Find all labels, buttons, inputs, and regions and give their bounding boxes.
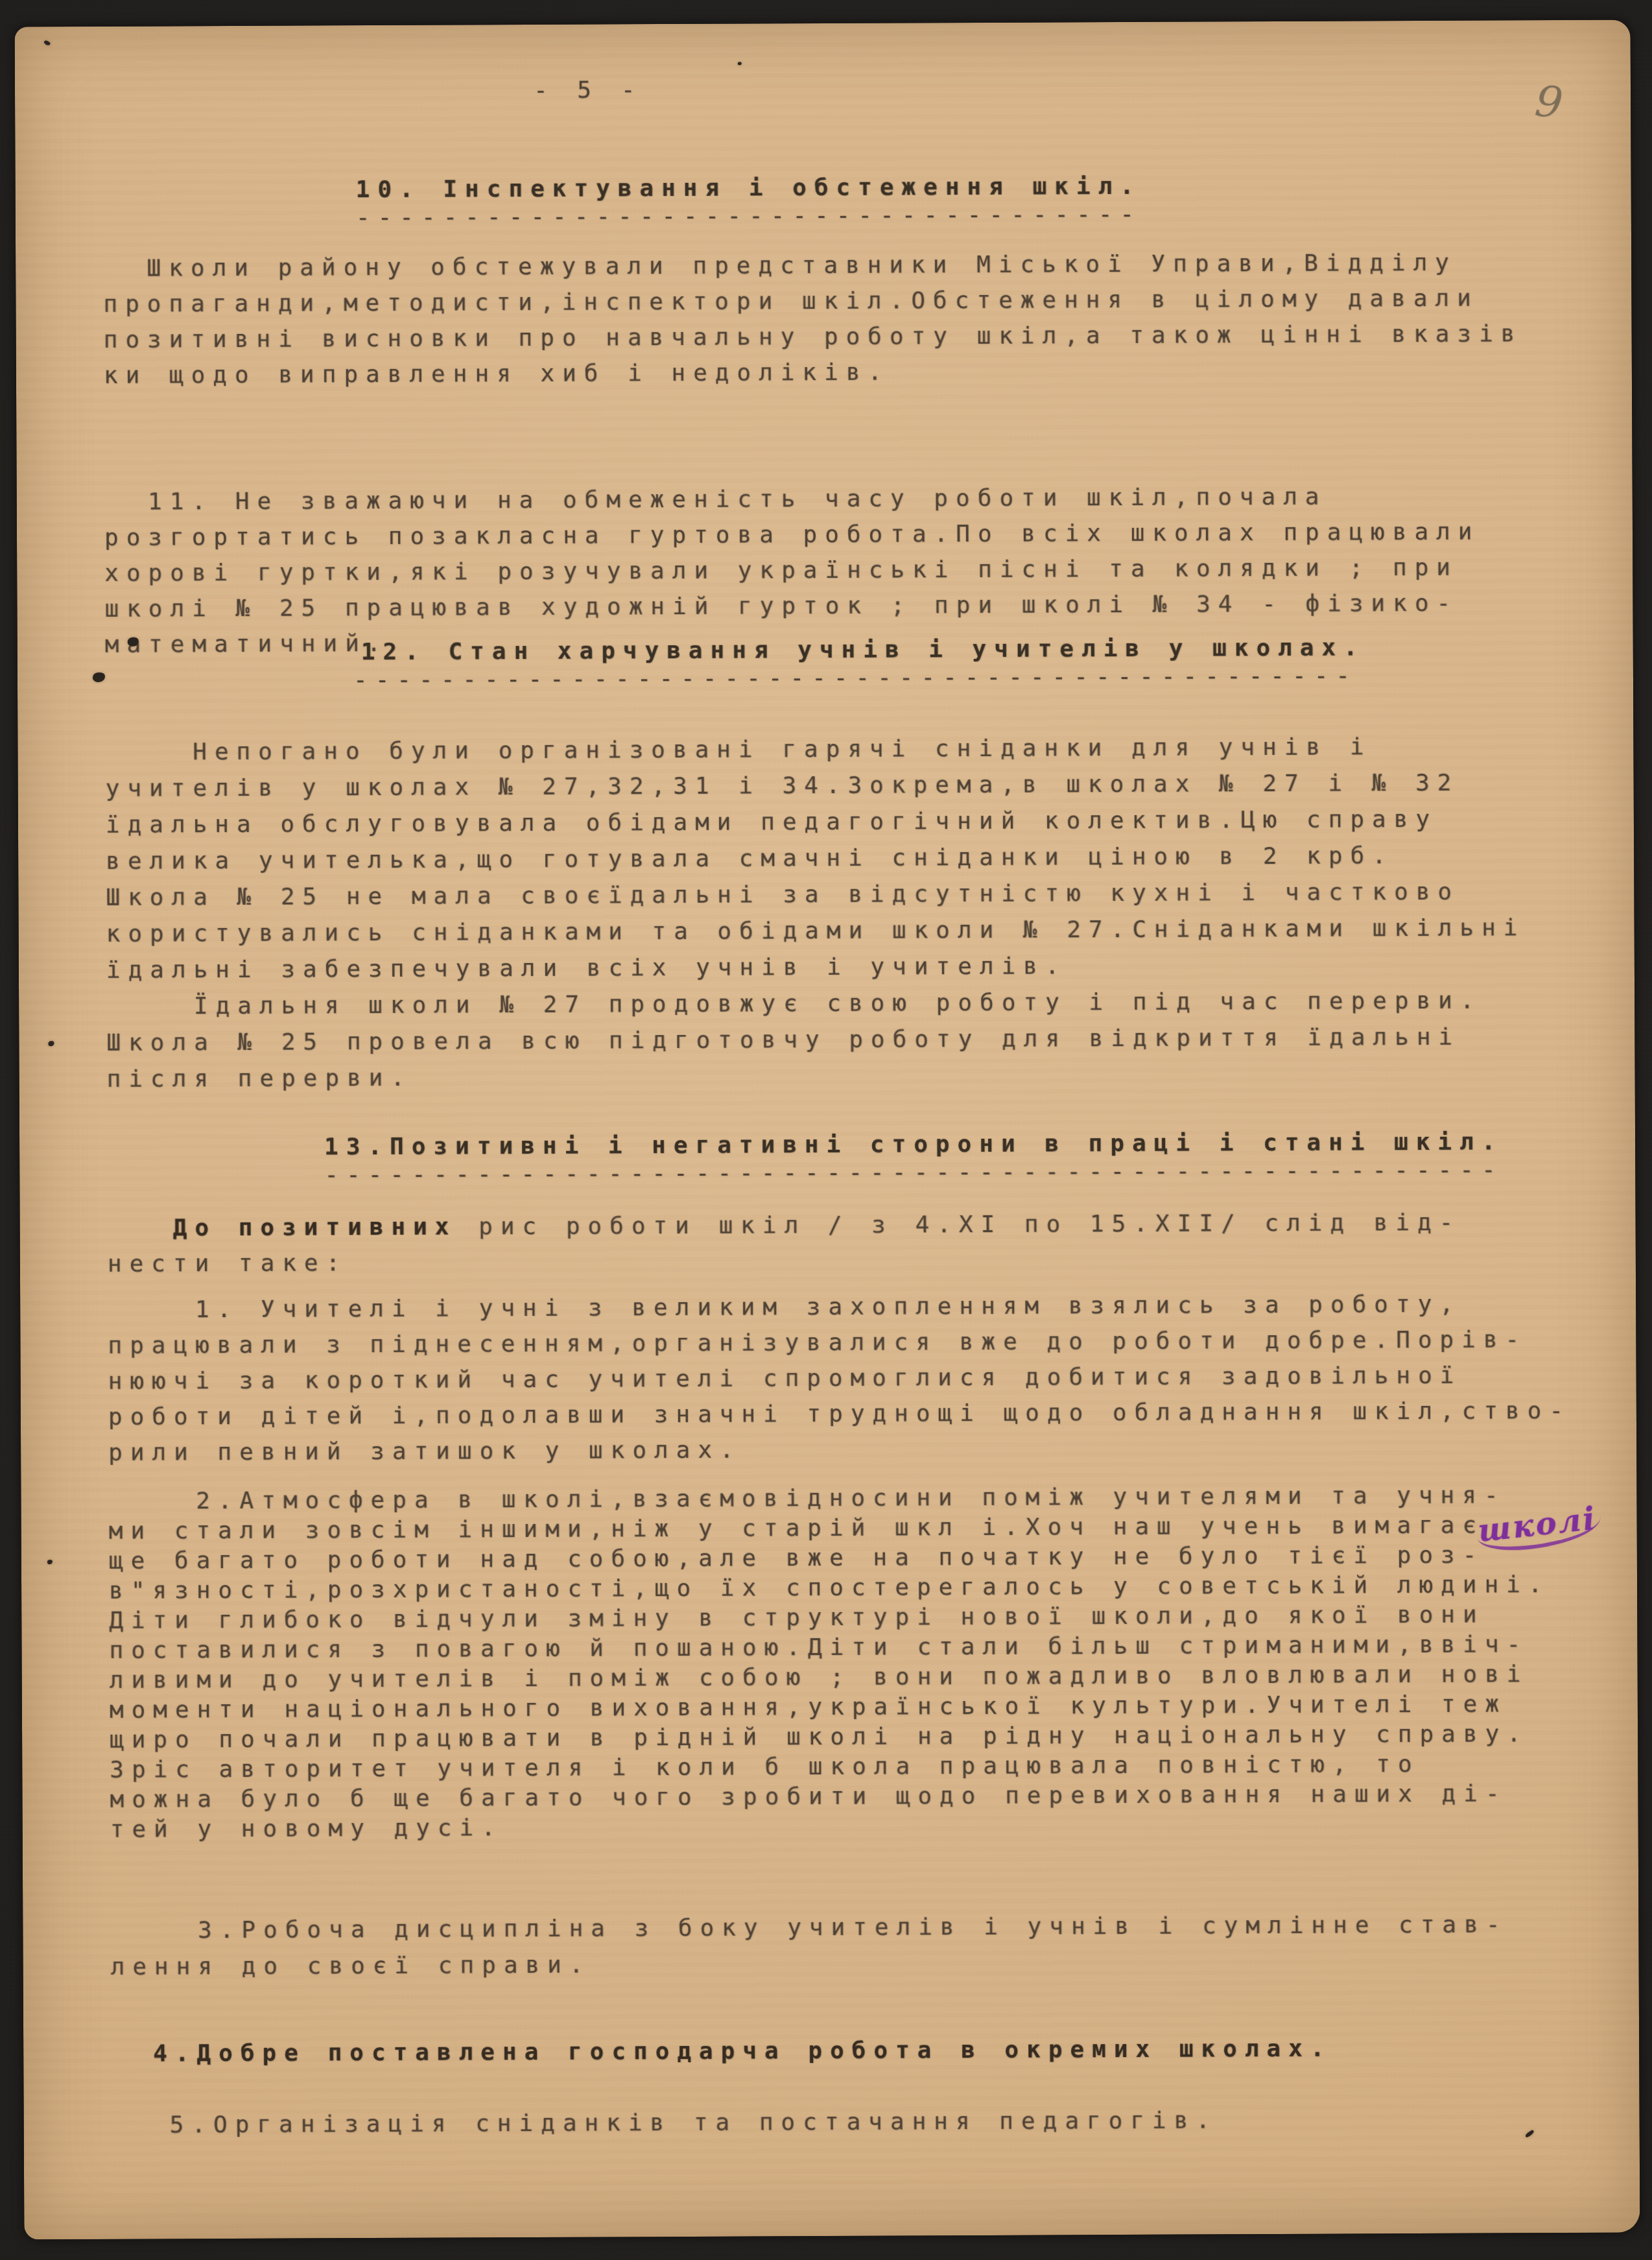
section-13-underline: ----------------------------------------… xyxy=(324,1160,1504,1185)
section-10-body: Школи району обстежували представники Мі… xyxy=(103,244,1523,394)
positive-item-1: 1. Учителі і учні з великим захопленням … xyxy=(108,1286,1571,1471)
photo-background: { "document": { "page_number": "- 5 -", … xyxy=(0,0,1652,2260)
ink-speck xyxy=(43,40,51,47)
paper-hole xyxy=(48,1041,54,1046)
paper: - 5 - 9 10. Інспектування і обстеження ш… xyxy=(15,20,1640,2240)
ink-speck xyxy=(738,62,742,65)
positive-item-2: 2.Атмосфера в школі,взаємовідносини помі… xyxy=(108,1481,1551,1845)
handwritten-page-number: 9 xyxy=(1533,76,1566,128)
positive-item-4: 4.Добре поставлена господарча робота в о… xyxy=(153,2031,1332,2072)
page-number: - 5 - xyxy=(534,72,643,108)
section-13-intro-emphasis: До позитивних xyxy=(108,1213,457,1241)
ink-speck xyxy=(1524,2130,1535,2138)
paper-hole xyxy=(93,672,105,682)
section-10-underline: ------------------------------------ xyxy=(356,205,1142,228)
section-12-body: Непогано були організовані гарячі снідан… xyxy=(105,728,1526,1098)
section-13-intro: До позитивних рис роботи шкіл / з 4.XI п… xyxy=(108,1205,1461,1282)
positive-item-3: 3.Робоча дисципліна з боку учителів і уч… xyxy=(110,1907,1508,1985)
positive-item-5: 5.Організація сніданків та постачання пе… xyxy=(170,2102,1218,2143)
section-12-underline: ----------------------------------------… xyxy=(353,666,1358,690)
paper-hole xyxy=(47,1560,53,1564)
